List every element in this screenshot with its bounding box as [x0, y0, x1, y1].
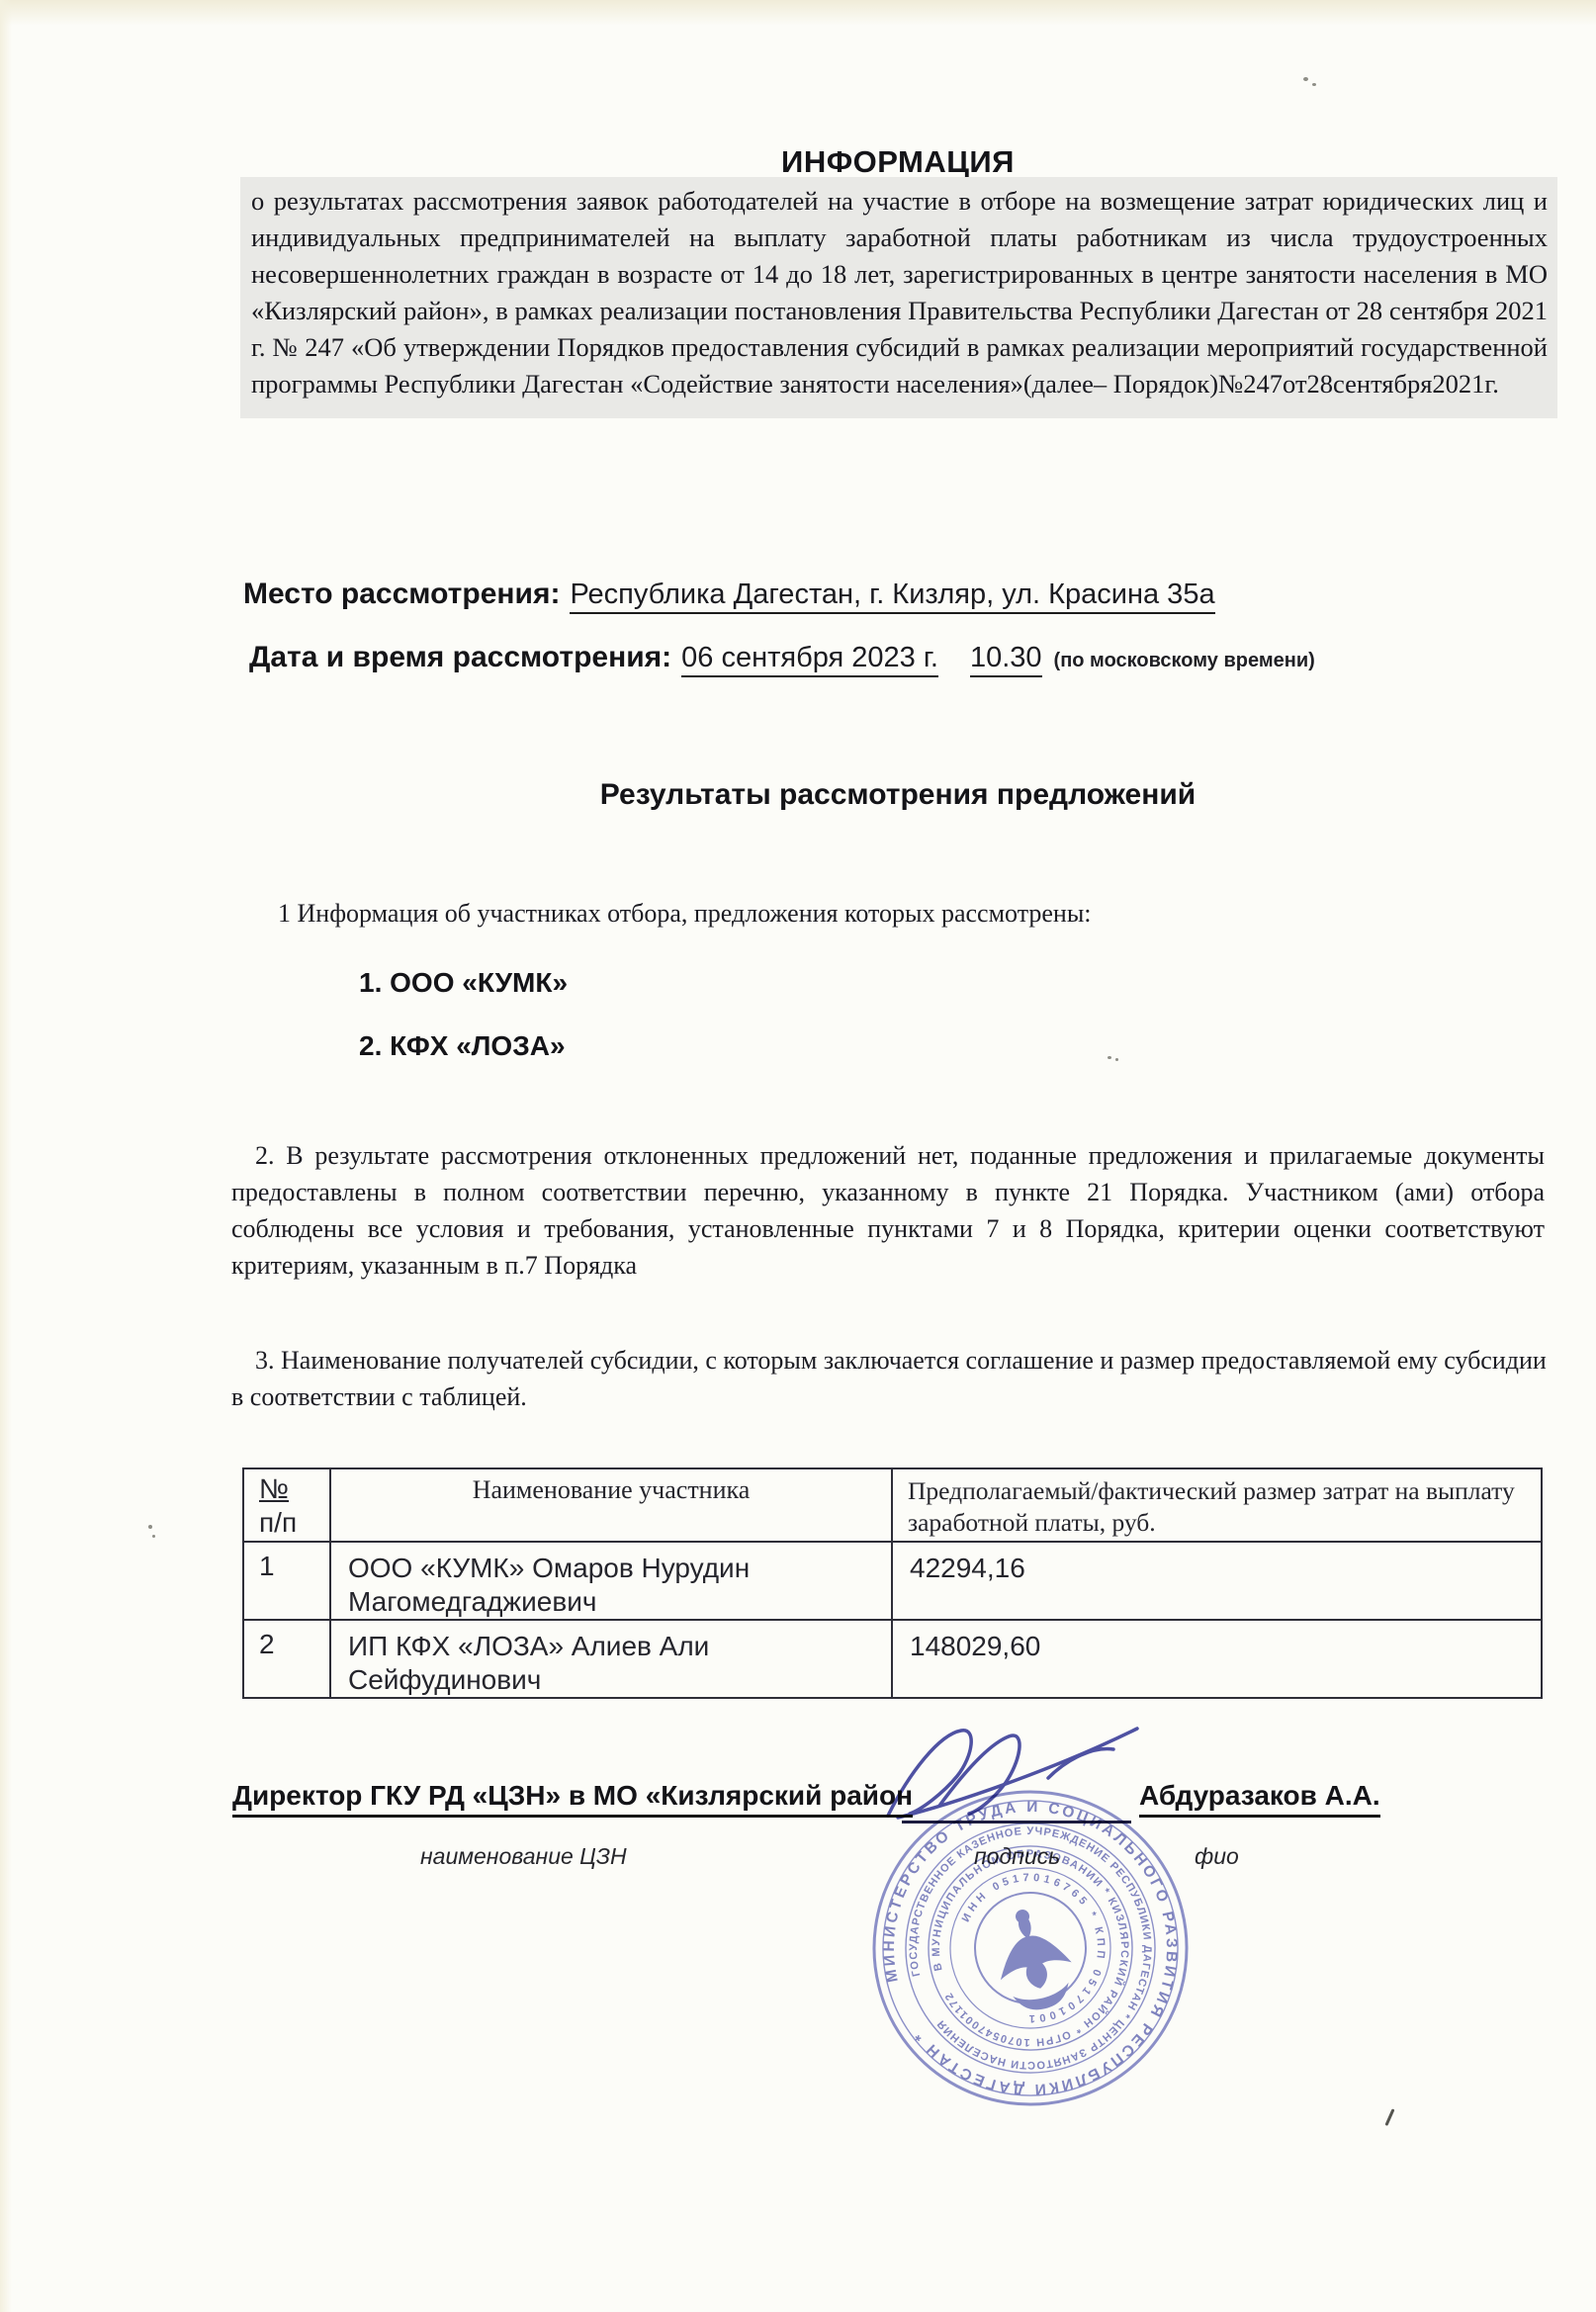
header-num-line2: п/п	[259, 1506, 329, 1540]
results-heading: Результаты рассмотрения предложений	[242, 778, 1553, 812]
participant-item-1: 1. ООО «КУМК»	[359, 967, 568, 999]
header-amount: Предполагаемый/фактический размер затрат…	[892, 1468, 1542, 1542]
table-row: 1 ООО «КУМК» Омаров Нурудин Магомедгаджи…	[243, 1542, 1542, 1620]
participant-item-2: 2. КФХ «ЛОЗА»	[359, 1030, 566, 1062]
meeting-place-line: Место рассмотрения: Республика Дагестан,…	[243, 578, 1215, 614]
scan-artifact	[1312, 83, 1316, 86]
scan-edge-tint-top	[0, 0, 1596, 26]
meeting-time-value: 10.30	[970, 642, 1042, 677]
caption-fio: фио	[1195, 1843, 1239, 1870]
document-page: ИНФОРМАЦИЯ о результатах рассмотрения за…	[0, 0, 1596, 2312]
participants-intro: 1 Информация об участниках отбора, предл…	[242, 895, 1557, 932]
eagle-emblem-icon	[985, 1901, 1081, 2017]
row-num: 1	[243, 1542, 330, 1620]
meeting-place-value: Республика Дагестан, г. Кизляр, ул. Крас…	[570, 578, 1214, 614]
caption-czn-name: наименование ЦЗН	[420, 1843, 627, 1870]
scan-edge-tint-left	[0, 0, 12, 2312]
scan-artifact	[1115, 1058, 1118, 1061]
subsidy-table: № п/п Наименование участника Предполагае…	[242, 1467, 1543, 1699]
meeting-place-label: Место рассмотрения:	[243, 578, 560, 611]
director-name: Абдуразаков А.А.	[1139, 1780, 1380, 1818]
meeting-date-value: 06 сентября 2023 г.	[681, 642, 938, 677]
table-header-row: № п/п Наименование участника Предполагае…	[243, 1468, 1542, 1542]
row-participant: ИП КФХ «ЛОЗА» Алиев Али Сейфудинович	[330, 1620, 892, 1698]
intro-paragraph: о результатах рассмотрения заявок работо…	[240, 177, 1557, 418]
paragraph-3: 3. Наименование получателей субсидии, с …	[231, 1342, 1556, 1415]
row-participant: ООО «КУМК» Омаров Нурудин Магомедгаджиев…	[330, 1542, 892, 1620]
paragraph-2: 2. В результате рассмотрения отклоненных…	[231, 1137, 1545, 1284]
meeting-datetime-line: Дата и время рассмотрения: 06 сентября 2…	[249, 641, 1315, 677]
meeting-datetime-label: Дата и время рассмотрения:	[249, 641, 671, 674]
meeting-time-note: (по московскому времени)	[1054, 650, 1315, 672]
page-title: ИНФОРМАЦИЯ	[242, 144, 1553, 180]
director-label: Директор ГКУ РД «ЦЗН» в МО «Кизлярский р…	[232, 1780, 913, 1818]
table-row: 2 ИП КФХ «ЛОЗА» Алиев Али Сейфудинович 1…	[243, 1620, 1542, 1698]
scan-artifact	[1303, 77, 1308, 81]
scan-artifact	[152, 1535, 155, 1538]
row-amount: 42294,16	[892, 1542, 1542, 1620]
header-num-line1: №	[259, 1472, 329, 1506]
scan-artifact	[148, 1525, 152, 1529]
row-num: 2	[243, 1620, 330, 1698]
header-participant: Наименование участника	[330, 1468, 892, 1542]
header-num: № п/п	[243, 1468, 330, 1542]
scan-artifact	[1108, 1056, 1111, 1059]
row-amount: 148029,60	[892, 1620, 1542, 1698]
scan-artifact	[1384, 2108, 1394, 2125]
